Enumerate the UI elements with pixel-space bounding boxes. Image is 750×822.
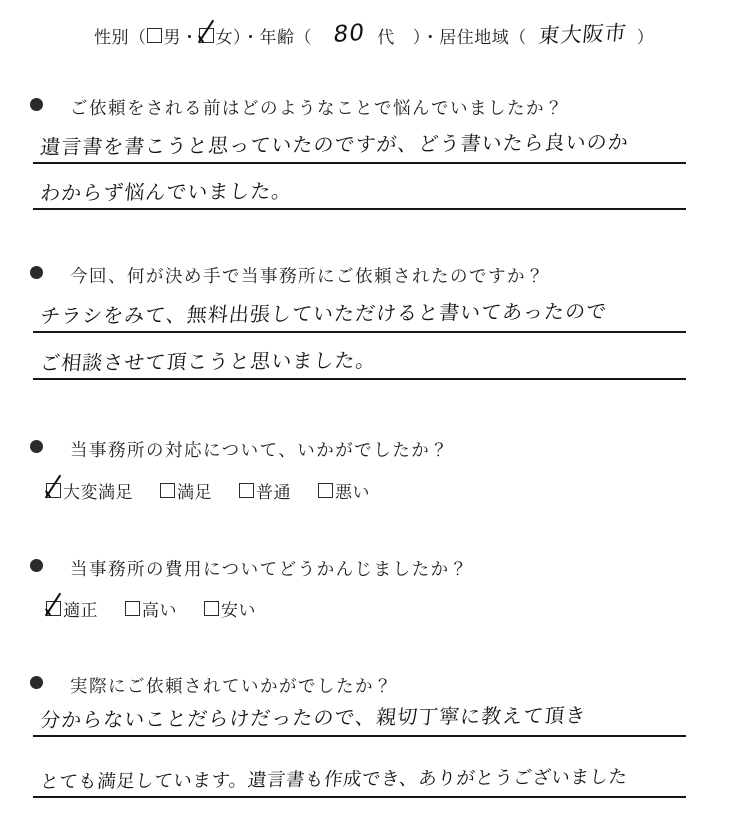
handwritten-answer: とても満足しています。遺言書も作成でき、ありがとうございました (39, 763, 629, 794)
region-handwritten-value: 東大阪市 (537, 17, 629, 50)
male-checkbox[interactable] (147, 28, 162, 43)
question-3: 当事務所の対応について、いかがでしたか？ (0, 437, 750, 459)
female-checkbox[interactable] (199, 28, 214, 43)
bullet-icon (30, 676, 43, 689)
option-bad[interactable]: 悪い (318, 478, 370, 503)
answer-underline: 遺言書を書こうと思っていたのですが、どう書いたら良いのか (33, 126, 686, 164)
option-fair-price[interactable]: 適正 (46, 596, 98, 621)
checkbox[interactable] (46, 483, 61, 498)
question-4-options-row: 適正 高い 安い (46, 596, 256, 621)
question-2: 今回、何が決め手で当事務所にご依頼されたのですか？ (0, 263, 750, 285)
option-very-satisfied[interactable]: 大変満足 (46, 478, 133, 503)
handwritten-answer: 遺言書を書こうと思っていたのですが、どう書いたら良いのか (39, 126, 630, 160)
checkbox[interactable] (160, 483, 175, 498)
male-label: 男・ (164, 23, 199, 48)
question-2-label: 今回、何が決め手で当事務所にご依頼されたのですか？ (70, 263, 545, 288)
question-4: 当事務所の費用についてどうかんじましたか？ (0, 556, 750, 578)
age-unit-label: 代 (377, 23, 395, 48)
option-normal[interactable]: 普通 (239, 478, 291, 503)
bullet-icon (30, 98, 43, 111)
option-label: 安い (221, 596, 256, 621)
option-label: 大変満足 (63, 478, 133, 503)
survey-page: 性別（ 男・ 女）・年齢（ 80 代 ）・居住地域（ 東大阪市 ） ご依頼をされ… (0, 0, 750, 822)
answer-underline: ご相談させて頂こうと思いました。 (33, 342, 686, 380)
checkbox[interactable] (239, 483, 254, 498)
handwritten-answer: チラシをみて、無料出張していただけると書いてあったので (39, 295, 609, 329)
bullet-icon (30, 440, 43, 453)
question-3-options-row: 大変満足 満足 普通 悪い (46, 478, 370, 503)
option-expensive[interactable]: 高い (125, 596, 177, 621)
answer-underline: チラシをみて、無料出張していただけると書いてあったので (33, 295, 686, 333)
checkbox[interactable] (125, 601, 140, 616)
option-cheap[interactable]: 安い (204, 596, 256, 621)
question-3-label: 当事務所の対応について、いかがでしたか？ (70, 437, 449, 462)
handwritten-answer: ご相談させて頂こうと思いました。 (39, 344, 378, 376)
age-handwritten-value: 80 (332, 20, 366, 48)
option-label: 高い (142, 596, 177, 621)
question-1-label: ご依頼をされる前はどのようなことで悩んでいましたか？ (70, 95, 564, 120)
bullet-icon (30, 266, 43, 279)
answer-underline: 分からないことだらけだったので、親切丁寧に教えて頂き (33, 699, 686, 737)
sex-label: 性別（ (94, 23, 147, 48)
handwritten-answer: わからず悩んでいました。 (39, 175, 294, 206)
option-label: 普通 (256, 478, 291, 503)
option-label: 適正 (63, 596, 98, 621)
question-4-label: 当事務所の費用についてどうかんじましたか？ (70, 556, 469, 581)
female-label: 女）・年齢（ (216, 23, 313, 48)
handwritten-answer: 分からないことだらけだったので、親切丁寧に教えて頂き (39, 699, 588, 733)
bullet-icon (30, 559, 43, 572)
question-5-label: 実際にご依頼されていかがでしたか？ (70, 673, 393, 698)
question-1: ご依頼をされる前はどのようなことで悩んでいましたか？ (0, 95, 750, 117)
checkbox[interactable] (318, 483, 333, 498)
answer-underline: わからず悩んでいました。 (33, 172, 686, 210)
option-label: 満足 (177, 478, 212, 503)
option-label: 悪い (335, 478, 370, 503)
region-close-paren: ） (637, 23, 655, 48)
option-satisfied[interactable]: 満足 (160, 478, 212, 503)
region-label: ）・居住地域（ (413, 23, 527, 48)
respondent-info-row: 性別（ 男・ 女）・年齢（ 80 代 ）・居住地域（ 東大阪市 ） (94, 20, 654, 50)
checkbox[interactable] (204, 601, 219, 616)
question-5: 実際にご依頼されていかがでしたか？ (0, 673, 750, 695)
answer-underline: とても満足しています。遺言書も作成でき、ありがとうございました (33, 760, 686, 798)
checkbox[interactable] (46, 601, 61, 616)
